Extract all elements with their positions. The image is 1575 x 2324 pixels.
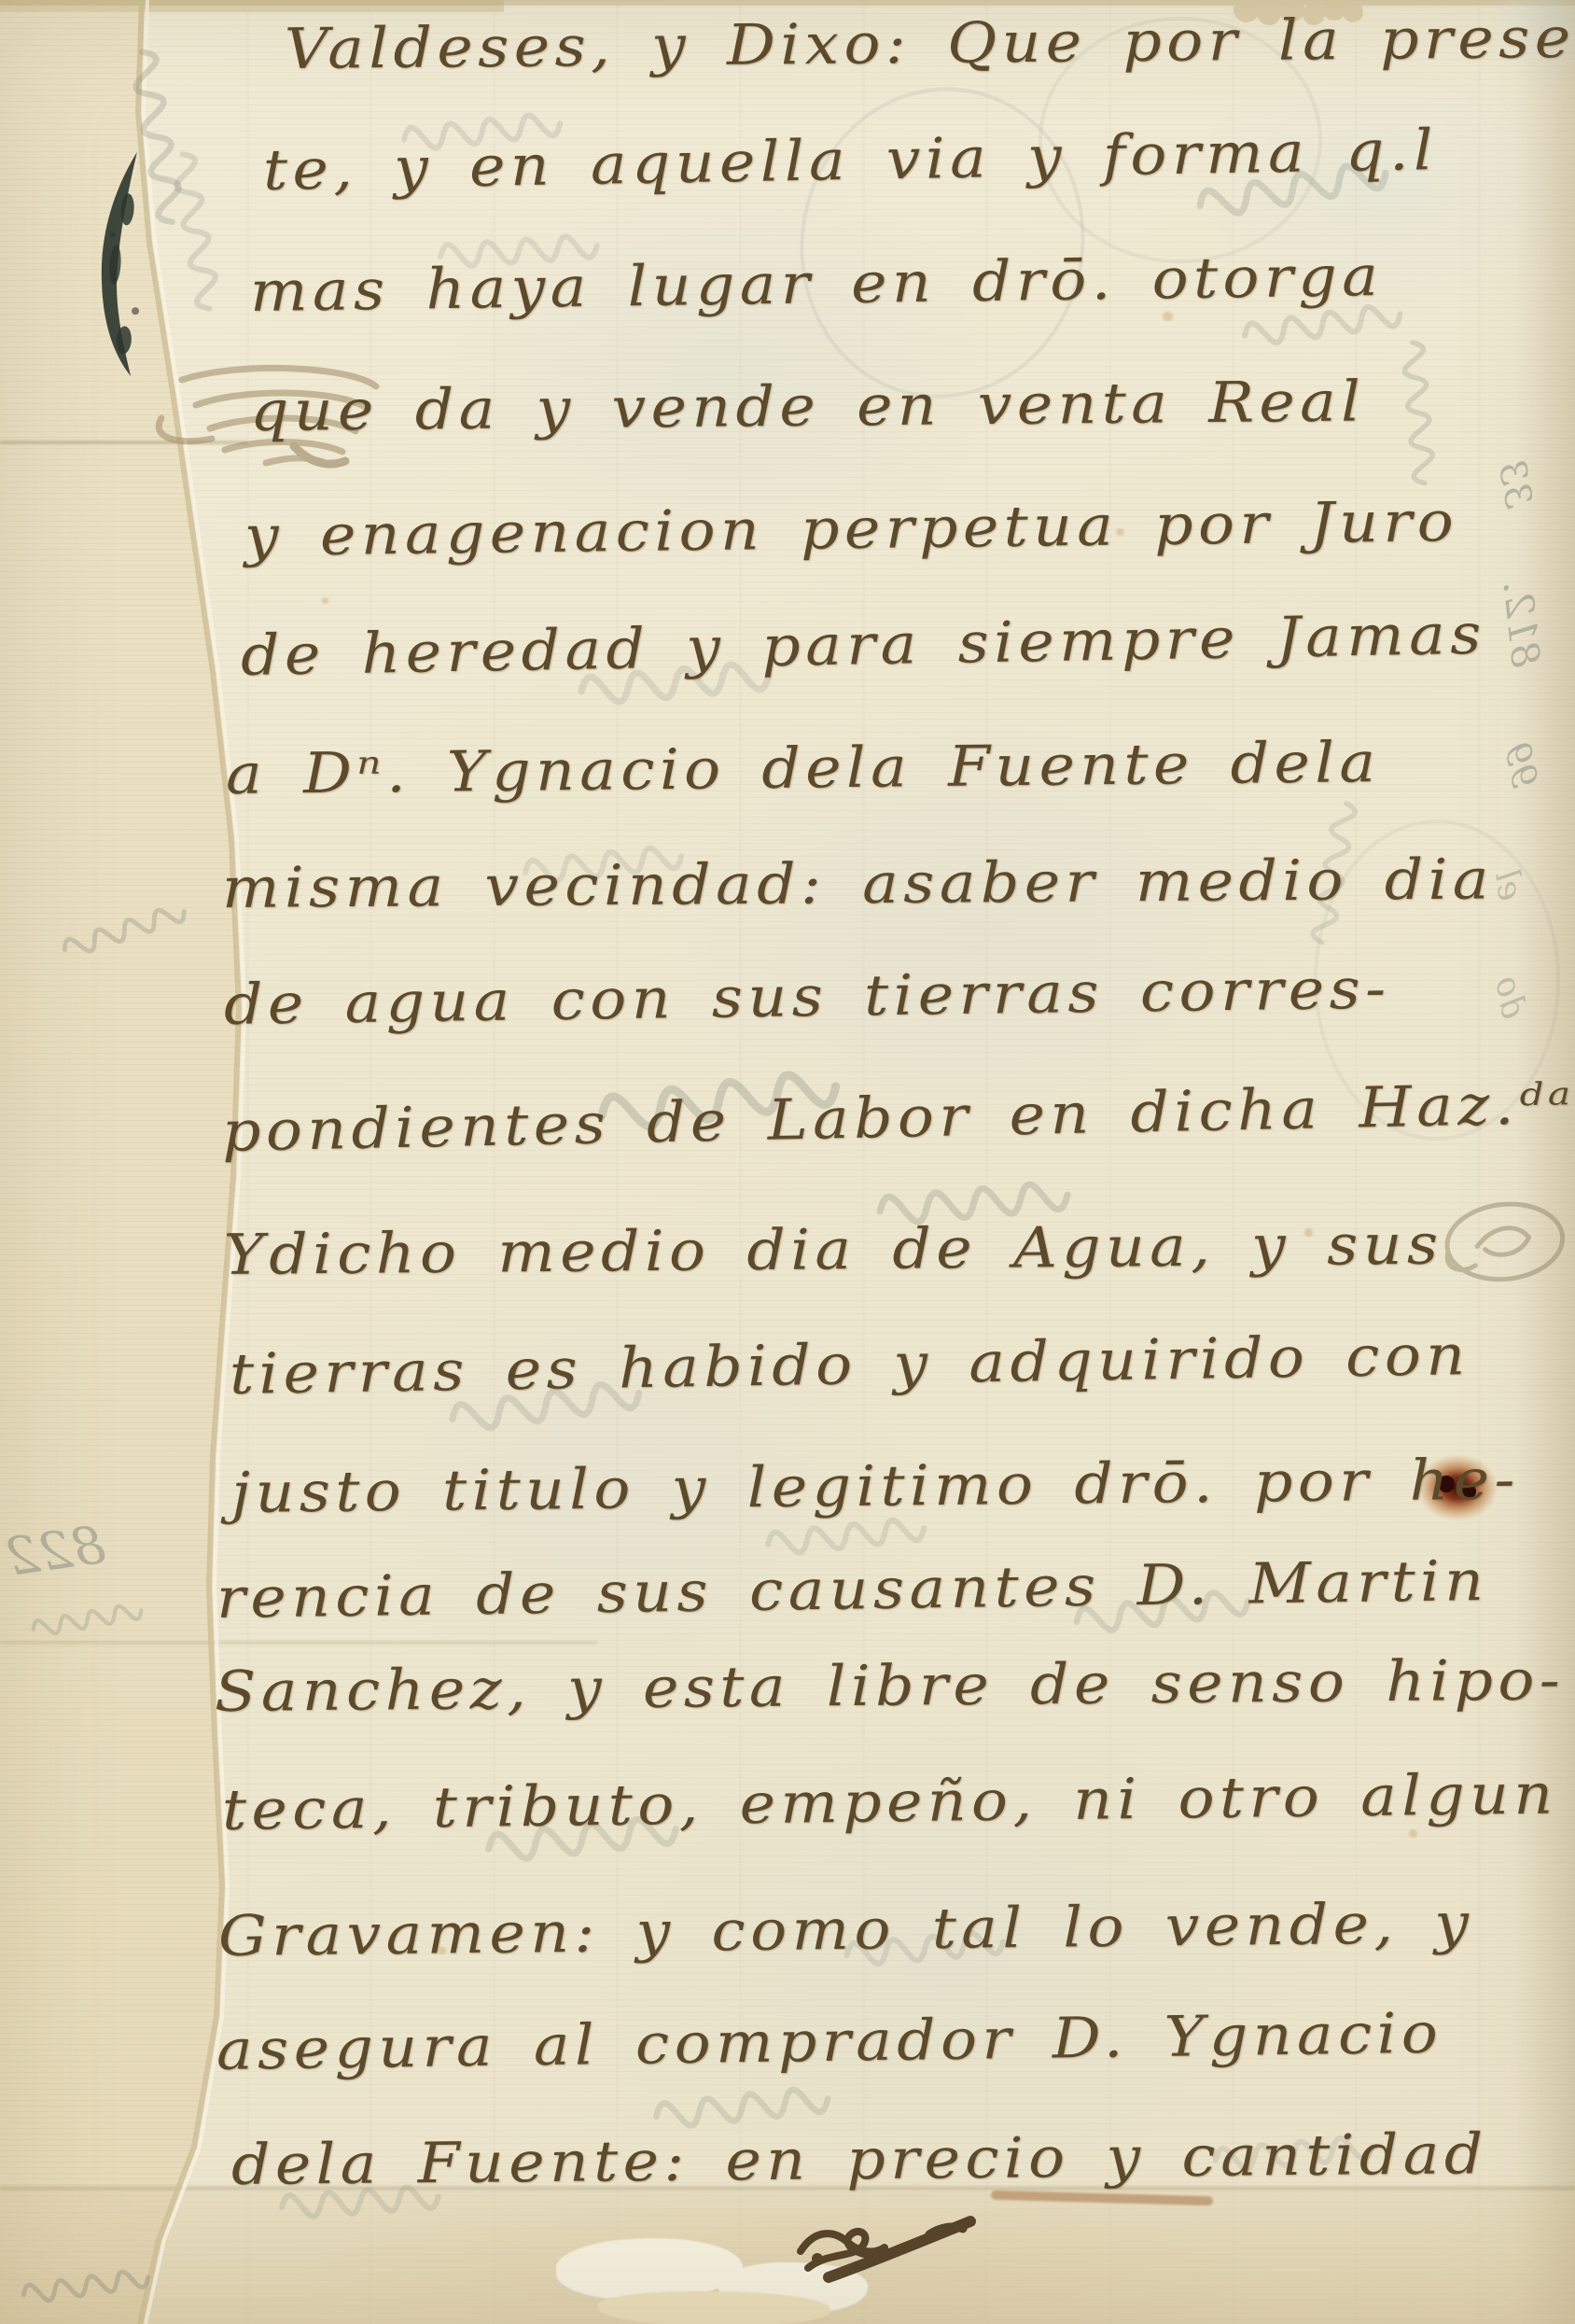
fold-crease-upper-left	[0, 441, 247, 444]
foxing-spot	[1409, 1829, 1417, 1838]
foxing-spot	[1163, 312, 1173, 321]
manuscript-line-15: Sanchez, y esta libre de senso hipo-	[215, 1647, 1566, 1725]
manuscript-line-16: teca, tributo, empeño, ni otro algun	[222, 1762, 1558, 1843]
foxing-spot	[322, 597, 328, 604]
manuscript-line-17: Gravamen: y como tal lo vende, y	[218, 1891, 1474, 1969]
manuscript-line-11: Ydicho medio dia de Agua, y sus	[224, 1212, 1443, 1288]
manuscript-page: Valdeses, y Dixo: Que por la presen- te,…	[0, 0, 1575, 2324]
manuscript-line-14: rencia de sus causantes D. Martin	[216, 1548, 1489, 1631]
fold-crease-middle	[0, 1641, 597, 1645]
manuscript-line-7: a Dⁿ. Ygnacio dela Fuente dela	[226, 730, 1381, 807]
manuscript-line-1: Valdeses, y Dixo: Que por la presen-	[285, 5, 1575, 82]
manuscript-line-19: dela Fuente: en precio y cantidad	[231, 2121, 1488, 2198]
manuscript-line-6: de heredad y para siempre Jamas	[240, 602, 1486, 689]
ink-seal-blot	[94, 150, 150, 376]
left-edge-ghost-number: 822	[2, 1515, 109, 1589]
manuscript-line-4: que da y vende en venta Real	[250, 370, 1366, 444]
manuscript-line-9: de agua con sus tierras corres-	[224, 957, 1391, 1038]
manuscript-line-12: tierras es habido y adquirido con	[229, 1323, 1470, 1407]
manuscript-line-3: mas haya lugar en drō. otorga	[250, 244, 1384, 325]
manuscript-line-5: y enagenacion perpetua por Juro	[244, 489, 1459, 569]
manuscript-line-18: asegura al comprador D. Ygnacio	[216, 2001, 1443, 2083]
paper-damage-patch	[597, 2291, 830, 2324]
right-edge-ghost-fragment: 812.	[1495, 578, 1550, 669]
right-edge-ghost-fragment: 33	[1489, 457, 1540, 511]
top-edge	[0, 0, 1575, 6]
right-edge-shade	[1515, 0, 1575, 2324]
manuscript-line-2: te, y en aquella via y forma q.l	[262, 118, 1438, 203]
right-edge-ghost-fragment: do	[1487, 973, 1532, 1021]
manuscript-line-8: misma vecindad: asaber medio dia	[222, 847, 1494, 921]
manuscript-line-13: justo titulo y legitimo drō. por he-	[231, 1448, 1520, 1526]
manuscript-line-10: pondientes de Labor en dicha Haz.ᵈᵃ	[221, 1071, 1575, 1165]
